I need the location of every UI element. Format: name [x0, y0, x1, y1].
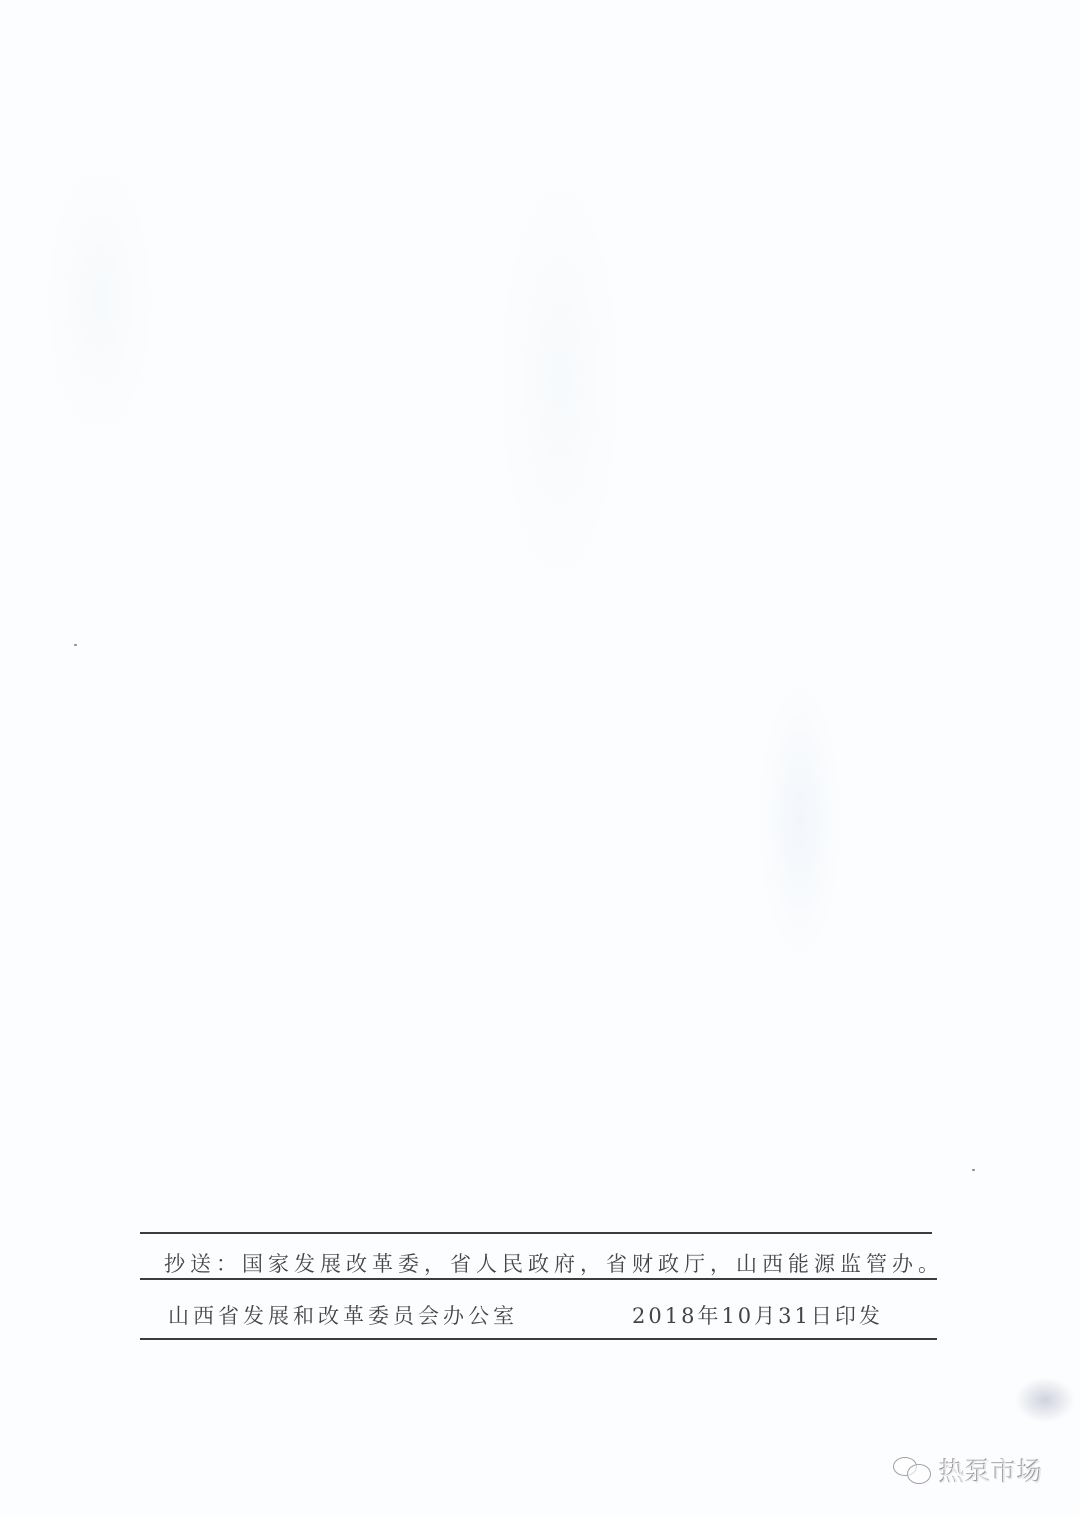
watermark-text: 热泵市场 — [939, 1452, 1043, 1489]
issue-date: 2018年10月31日印发 — [632, 1300, 883, 1330]
cc-recipients: 抄送：国家发展改革委，省人民政府，省财政厅，山西能源监管办。 — [164, 1248, 944, 1278]
scan-speck — [972, 1169, 975, 1171]
scan-smudge — [1000, 1355, 1080, 1445]
footer-bottom-rule — [140, 1338, 937, 1340]
wechat-icon — [893, 1457, 933, 1485]
footer-top-rule — [140, 1232, 932, 1234]
footer-middle-rule — [140, 1278, 937, 1280]
document-page: 抄送：国家发展改革委，省人民政府，省财政厅，山西能源监管办。 山西省发展和改革委… — [0, 0, 1080, 1517]
watermark: 热泵市场 — [893, 1452, 1043, 1489]
issuing-office: 山西省发展和改革委员会办公室 — [168, 1300, 518, 1330]
scan-speck — [74, 644, 77, 646]
